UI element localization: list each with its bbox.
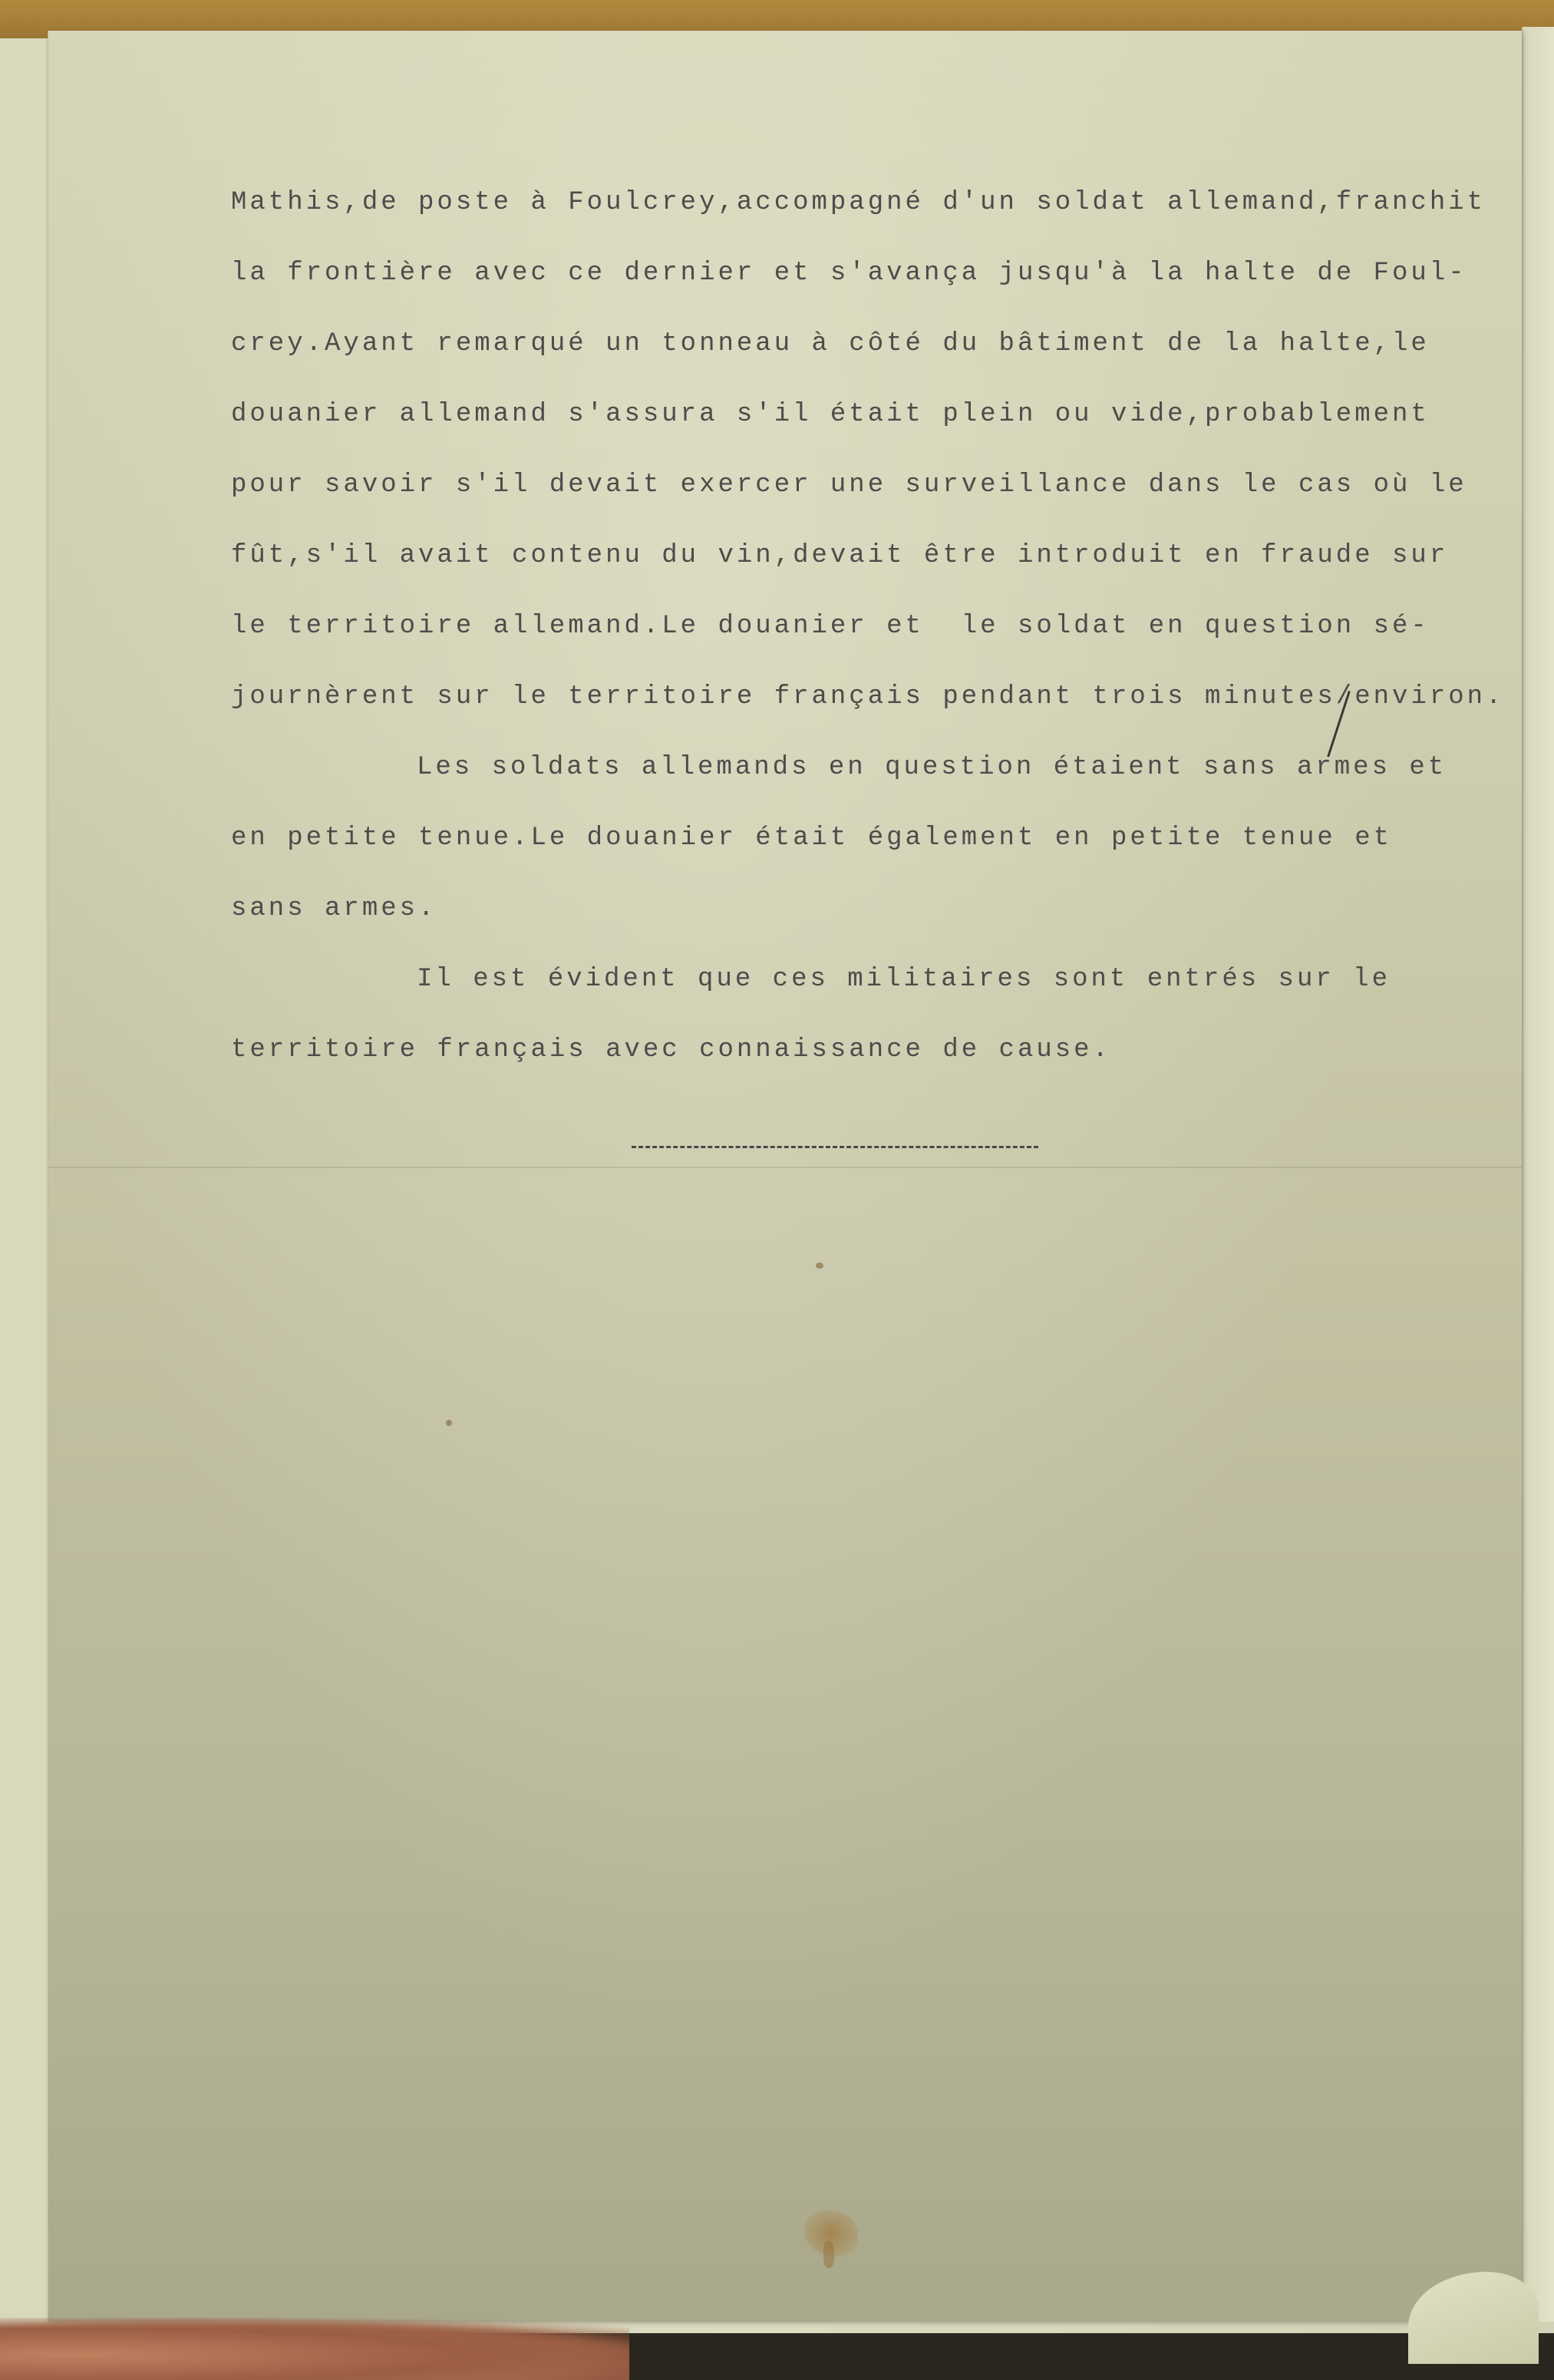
- text-line-indented: Il est évident que ces militaires sont e…: [231, 944, 1490, 1015]
- text-line: la frontière avec ce dernier et s'avança…: [231, 238, 1490, 309]
- text-line: douanier allemand s'assura s'il était pl…: [231, 379, 1490, 450]
- ink-speck: [816, 1263, 823, 1269]
- text-line: pour savoir s'il devait exercer une surv…: [231, 450, 1490, 520]
- text-line: sans armes.: [231, 873, 1490, 944]
- end-separator-line: [632, 1146, 1038, 1148]
- text-line: le territoire allemand.Le douanier et le…: [231, 591, 1490, 662]
- text-line: crey.Ayant remarqué un tonneau à côté du…: [231, 309, 1490, 379]
- typewritten-page: Mathis,de poste à Foulcrey,accompagné d'…: [48, 31, 1522, 2322]
- page-fold-crease: [48, 1167, 1522, 1168]
- document-body: Mathis,de poste à Foulcrey,accompagné d'…: [231, 167, 1490, 1085]
- text-line: en petite tenue.Le douanier était égalem…: [231, 803, 1490, 873]
- text-line: Mathis,de poste à Foulcrey,accompagné d'…: [231, 167, 1490, 238]
- text-line: territoire français avec connaissance de…: [231, 1015, 1490, 1085]
- stain-drip: [823, 2241, 834, 2268]
- underlying-sheet-edge: [1522, 27, 1554, 2322]
- text-line: journèrent sur le territoire français pe…: [231, 662, 1490, 732]
- ink-speck: [446, 1420, 452, 1426]
- holding-fingers: [0, 2318, 629, 2380]
- text-line-indented: Les soldats allemands en question étaien…: [231, 732, 1490, 803]
- text-line: fût,s'il avait contenu du vin,devait êtr…: [231, 520, 1490, 591]
